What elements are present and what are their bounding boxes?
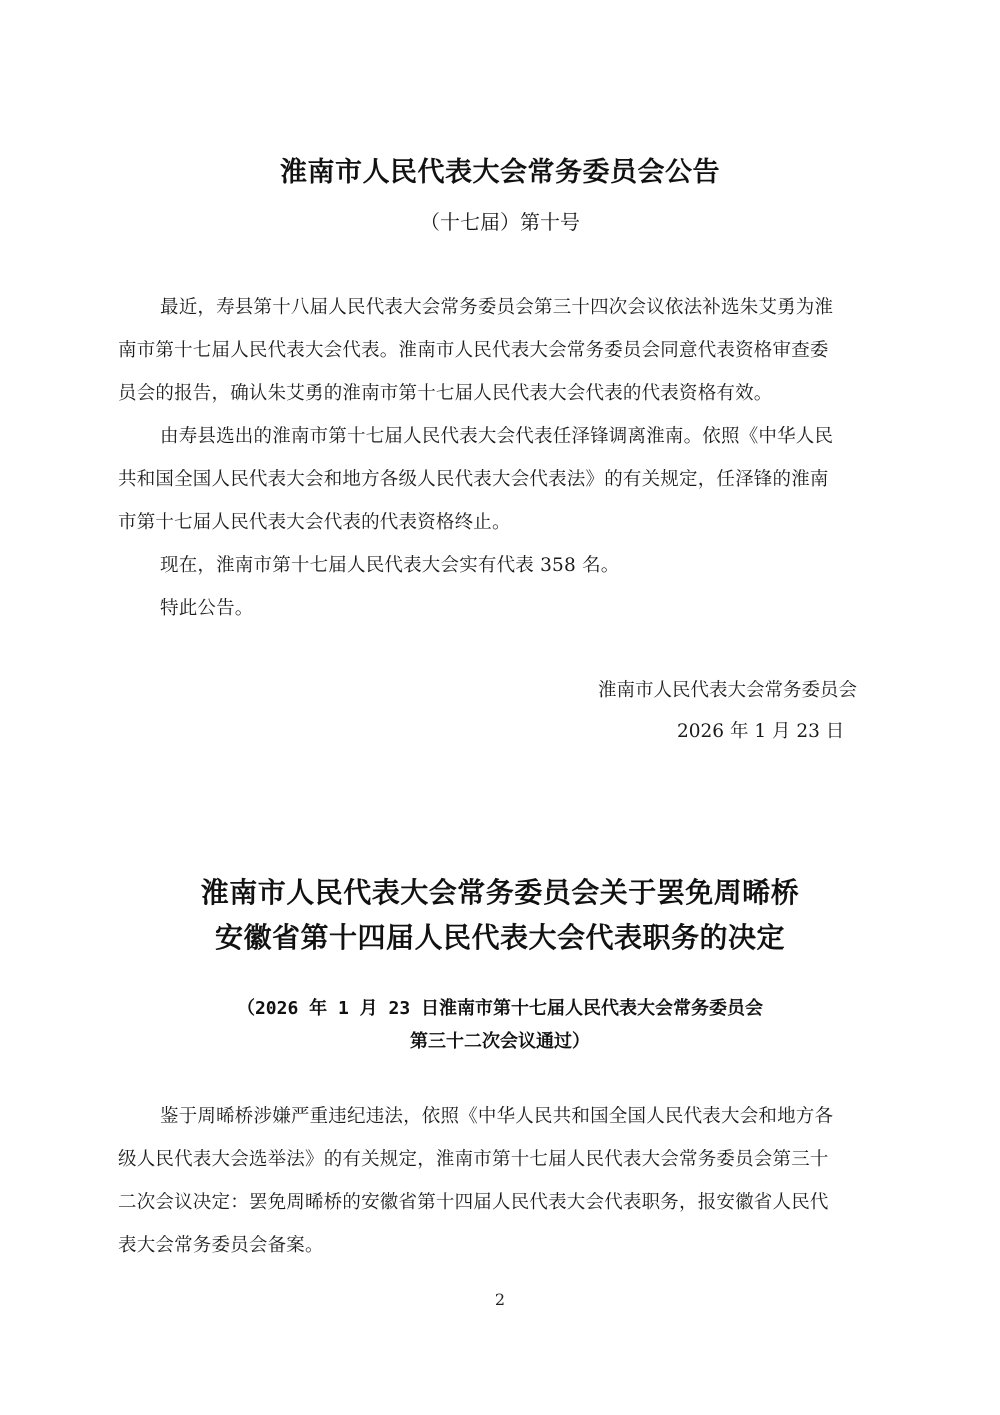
decision-body-line: 表大会常务委员会备案。	[118, 1231, 324, 1257]
signature-date: 2026 年 1 月 23 日	[677, 717, 844, 743]
signature-issuer: 淮南市人民代表大会常务委员会	[598, 676, 857, 702]
decision-body-line: 鉴于周晞桥涉嫌严重违纪违法，依照《中华人民共和国全国人民代表大会和地方各	[160, 1102, 833, 1128]
adoption-note-line-2: 第三十二次会议通过）	[0, 1027, 1000, 1053]
decision-body-line: 级人民代表大会选举法》的有关规定，淮南市第十七届人民代表大会常务委员会第三十	[118, 1145, 829, 1171]
paragraph-line: 员会的报告，确认朱艾勇的淮南市第十七届人民代表大会代表的代表资格有效。	[118, 379, 773, 405]
announcement-title: 淮南市人民代表大会常务委员会公告	[0, 150, 1000, 189]
page-number: 2	[0, 1290, 1000, 1309]
paragraph-line: 由寿县选出的淮南市第十七届人民代表大会代表任泽锋调离淮南。依照《中华人民	[160, 422, 833, 448]
decision-body-line: 二次会议决定：罢免周晞桥的安徽省第十四届人民代表大会代表职务，报安徽省人民代	[118, 1188, 829, 1214]
paragraph-line: 特此公告。	[160, 594, 254, 620]
paragraph-line: 共和国全国人民代表大会和地方各级人民代表大会代表法》的有关规定，任泽锋的淮南	[118, 465, 829, 491]
document-page: 淮南市人民代表大会常务委员会公告 （十七届）第十号 最近，寿县第十八届人民代表大…	[0, 0, 1000, 1415]
paragraph-line: 现在，淮南市第十七届人民代表大会实有代表 358 名。	[160, 551, 619, 577]
decision-title-line-2: 安徽省第十四届人民代表大会代表职务的决定	[0, 916, 1000, 956]
decision-title-line-1: 淮南市人民代表大会常务委员会关于罢免周晞桥	[0, 871, 1000, 911]
paragraph-line: 市第十七届人民代表大会代表的代表资格终止。	[118, 508, 511, 534]
paragraph-line: 南市第十七届人民代表大会代表。淮南市人民代表大会常务委员会同意代表资格审查委	[118, 336, 829, 362]
paragraph-line: 最近，寿县第十八届人民代表大会常务委员会第三十四次会议依法补选朱艾勇为淮	[160, 293, 833, 319]
announcement-number: （十七届）第十号	[0, 206, 1000, 235]
adoption-note-line-1: （2026 年 1 月 23 日淮南市第十七届人民代表大会常务委员会	[0, 994, 1000, 1020]
